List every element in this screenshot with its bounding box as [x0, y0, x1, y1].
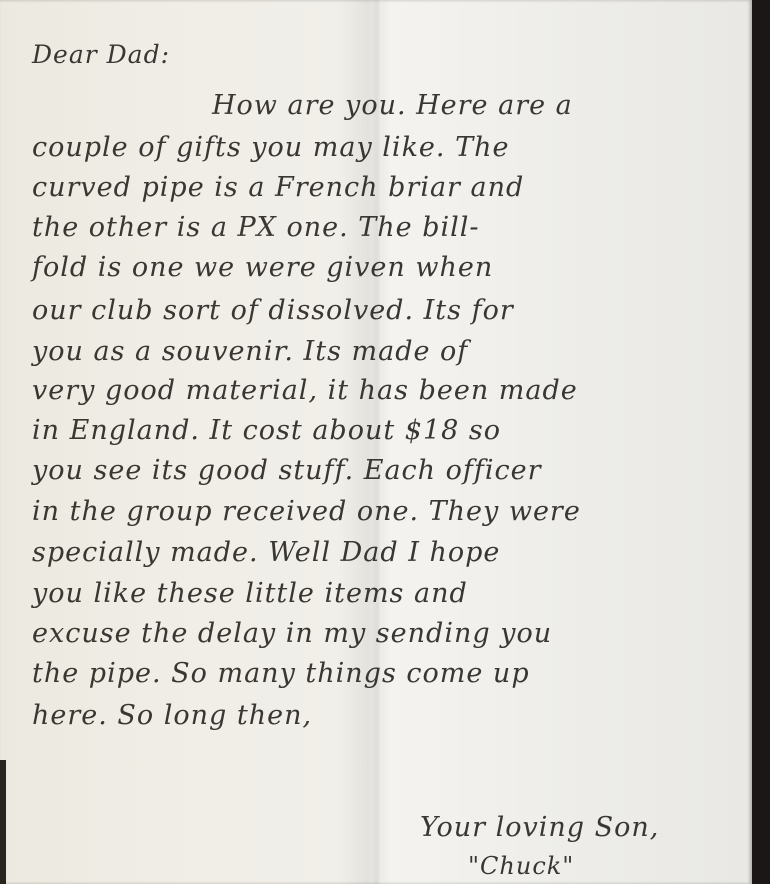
letter-greeting: Dear Dad:	[32, 40, 170, 69]
letter-signature: "Chuck"	[468, 852, 574, 880]
letter-line: here. So long then,	[32, 700, 312, 731]
letter-line: specially made. Well Dad I hope	[32, 537, 500, 568]
letter-line: fold is one we were given when	[32, 252, 493, 283]
letter-line: curved pipe is a French briar and	[32, 172, 524, 203]
letter-line: you see its good stuff. Each officer	[32, 455, 542, 486]
letter-line: the other is a PX one. The bill-	[32, 212, 480, 243]
letter-line: very good material, it has been made	[32, 375, 578, 406]
letter-line: couple of gifts you may like. The	[32, 132, 509, 163]
letter-line: you as a souvenir. Its made of	[32, 336, 468, 367]
letter-line: our club sort of dissolved. Its for	[32, 295, 514, 326]
letter-line: in England. It cost about $18 so	[32, 415, 501, 446]
letter-line: you like these little items and	[32, 578, 468, 609]
letter-line: the pipe. So many things come up	[32, 658, 530, 689]
letter-line: How are you. Here are a	[212, 90, 573, 121]
letter-paper: Dear Dad: How are you. Here are a couple…	[0, 0, 752, 884]
letter-line: in the group received one. They were	[32, 496, 581, 527]
letter-line: excuse the delay in my sending you	[32, 618, 552, 649]
letter-closing: Your loving Son,	[420, 812, 659, 843]
